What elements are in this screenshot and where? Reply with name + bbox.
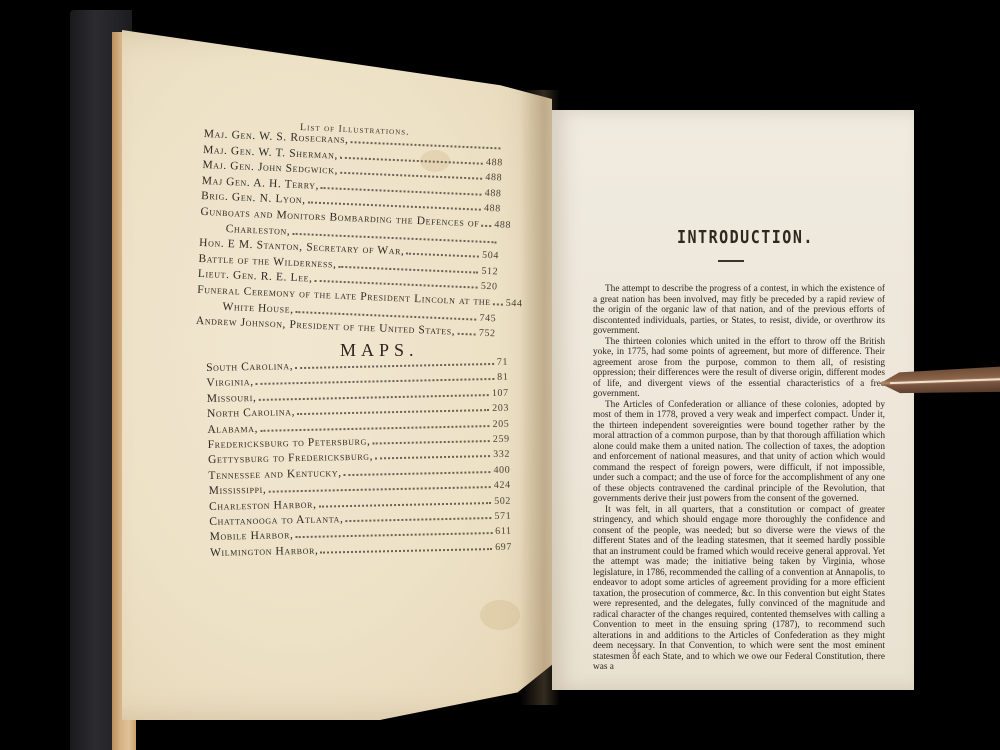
- paragraph: The thirteen colonies which united in th…: [593, 337, 885, 400]
- paragraph: The attempt to describe the progress of …: [593, 284, 885, 337]
- introduction-body: The attempt to describe the progress of …: [593, 284, 885, 673]
- paragraph: It was felt, in all quarters, that a con…: [593, 505, 885, 673]
- maps-list: South Carolina,71 Virginia,81 Missouri,1…: [206, 356, 512, 562]
- paragraph: The Articles of Confederation or allianc…: [593, 400, 885, 505]
- heading-rule: [718, 260, 744, 262]
- page-number: 3: [632, 647, 636, 656]
- illustrations-list: Maj. Gen. W. S. Rosecrans, Maj. Gen. W. …: [196, 128, 504, 343]
- introduction-heading: INTRODUCTION.: [677, 226, 814, 248]
- foxing-stain: [480, 600, 520, 630]
